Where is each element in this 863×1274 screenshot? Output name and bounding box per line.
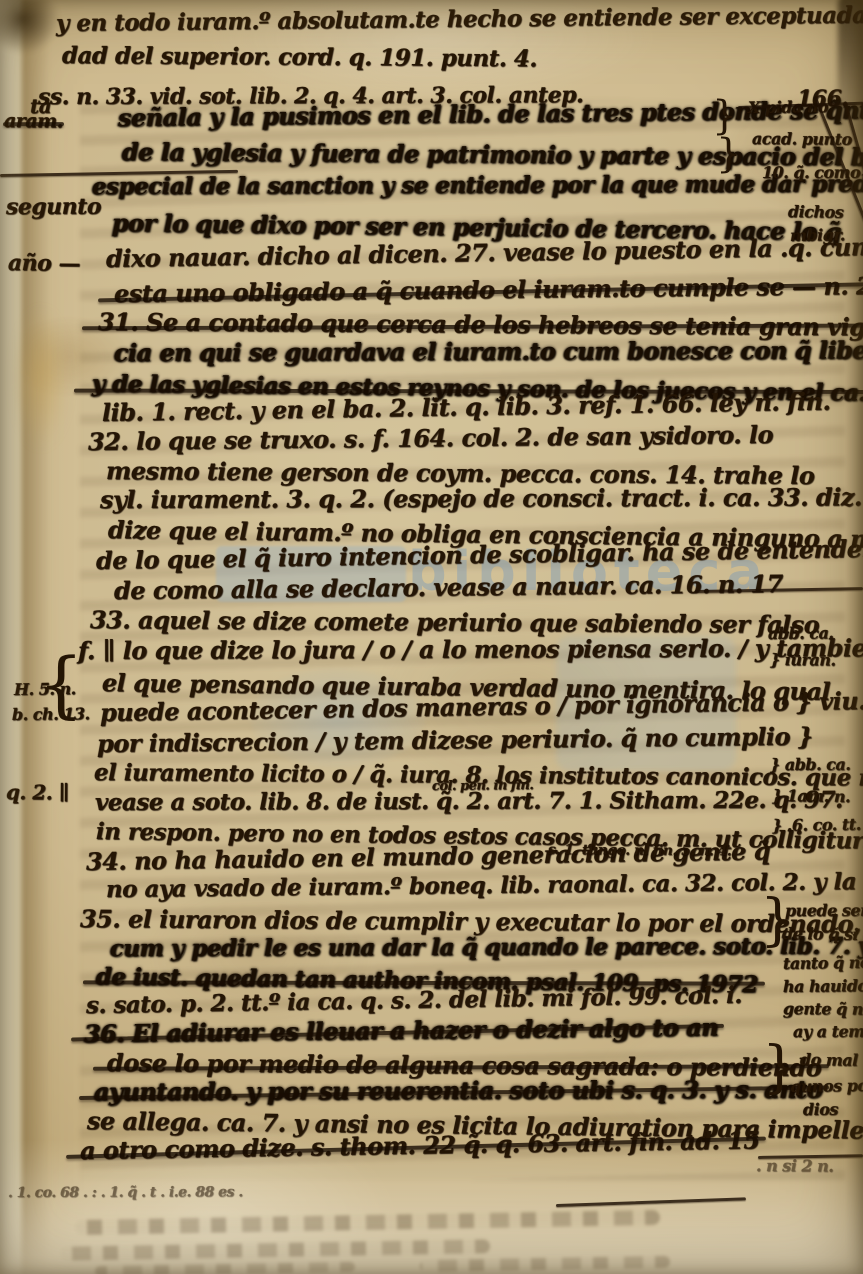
- side-note: tanto q̃ no: [783, 955, 863, 972]
- body-line: 32. lo que se truxo. s. f. 164. col. 2. …: [88, 423, 773, 454]
- header-line: dad del superior. cord. q. 191. punt. 4.: [62, 44, 537, 70]
- body-line: cia en qui se guardava el iuram.to cum b…: [114, 338, 863, 365]
- brace-mark: }: [716, 134, 741, 174]
- margin-note: año —: [8, 252, 80, 275]
- brace-mark: }: [760, 893, 796, 949]
- brace-mark: }: [712, 96, 737, 136]
- body-line: esta uno obligado a q̃ cuando el iuram.t…: [114, 274, 863, 306]
- side-note: mbigr.: [790, 227, 845, 244]
- header-line: y en todo iuram.º absolutam.te hecho se …: [56, 2, 863, 35]
- brace-mark: {: [38, 648, 84, 720]
- body-line: dixo nauar. dicho al dicen. 27. vease lo…: [106, 234, 863, 271]
- side-note: do mal: [800, 1052, 858, 1069]
- side-note: abb. ca.: [768, 625, 834, 642]
- body-line: f. ∥ lo que dize lo jura / o / a lo meno…: [78, 636, 863, 663]
- body-line: syl. iurament. 3. q. 2. (espejo de consc…: [100, 485, 862, 512]
- body-line: no aya vsado de iuram.º boneq. lib. raon…: [106, 869, 863, 901]
- side-note: } abb. ca.: [770, 757, 850, 773]
- side-note: qunos por: [790, 1078, 863, 1095]
- body-line: 36. El adiurar es lleuar a hazer o dezir…: [84, 1015, 719, 1046]
- side-note: ha hauido: [783, 978, 863, 995]
- side-note: gente q̃ no: [783, 1001, 863, 1018]
- body-line: especial de la sanction y se entiende po…: [92, 172, 863, 198]
- brace-mark: }: [762, 1040, 798, 1096]
- side-note: } iuran.: [770, 652, 836, 668]
- body-line: cum y pedir le es una dar la q̃ quando l…: [110, 934, 863, 960]
- margin-note: q. 2. ∥: [6, 782, 69, 802]
- side-note: ay a tem: [793, 1024, 863, 1040]
- side-note: puede ser: [785, 903, 863, 919]
- manuscript-page: biblioteca y en todo iuram.º absolutam.t…: [0, 0, 863, 1274]
- side-note: dios: [803, 1102, 838, 1118]
- side-note: s. 1. tungo. n. fin. 5. n. 4.: [548, 843, 731, 858]
- body-line: ayuntando. y por su reuerentia. soto ubi…: [94, 1077, 822, 1104]
- side-note: . 1. co. 68 . : . 1. q̃ . t . i.e. 88 es…: [8, 1185, 243, 1200]
- side-note: acad. punto: [752, 131, 852, 148]
- margin-note: segunto: [6, 196, 101, 218]
- page-gutter-shadow: [22, 0, 50, 1274]
- ink-blot-top-left: [0, 0, 60, 54]
- body-line: por indiscrecion / y tem dizese periurio…: [97, 725, 813, 756]
- margin-note: aram.: [4, 112, 63, 131]
- body-line: de como alla se declaro. vease a nauar. …: [114, 572, 783, 603]
- body-line: 33. aquel se dize comete periurio que sa…: [90, 608, 819, 637]
- side-note: dichos: [788, 204, 844, 221]
- side-note: } .6. co. tt.: [772, 817, 861, 834]
- side-note: . n si 2 n.: [756, 1158, 834, 1175]
- paper-stain-left: [14, 308, 68, 448]
- side-note: } 1am. n.: [772, 788, 850, 805]
- side-note: col. pen. in fin.: [432, 779, 534, 793]
